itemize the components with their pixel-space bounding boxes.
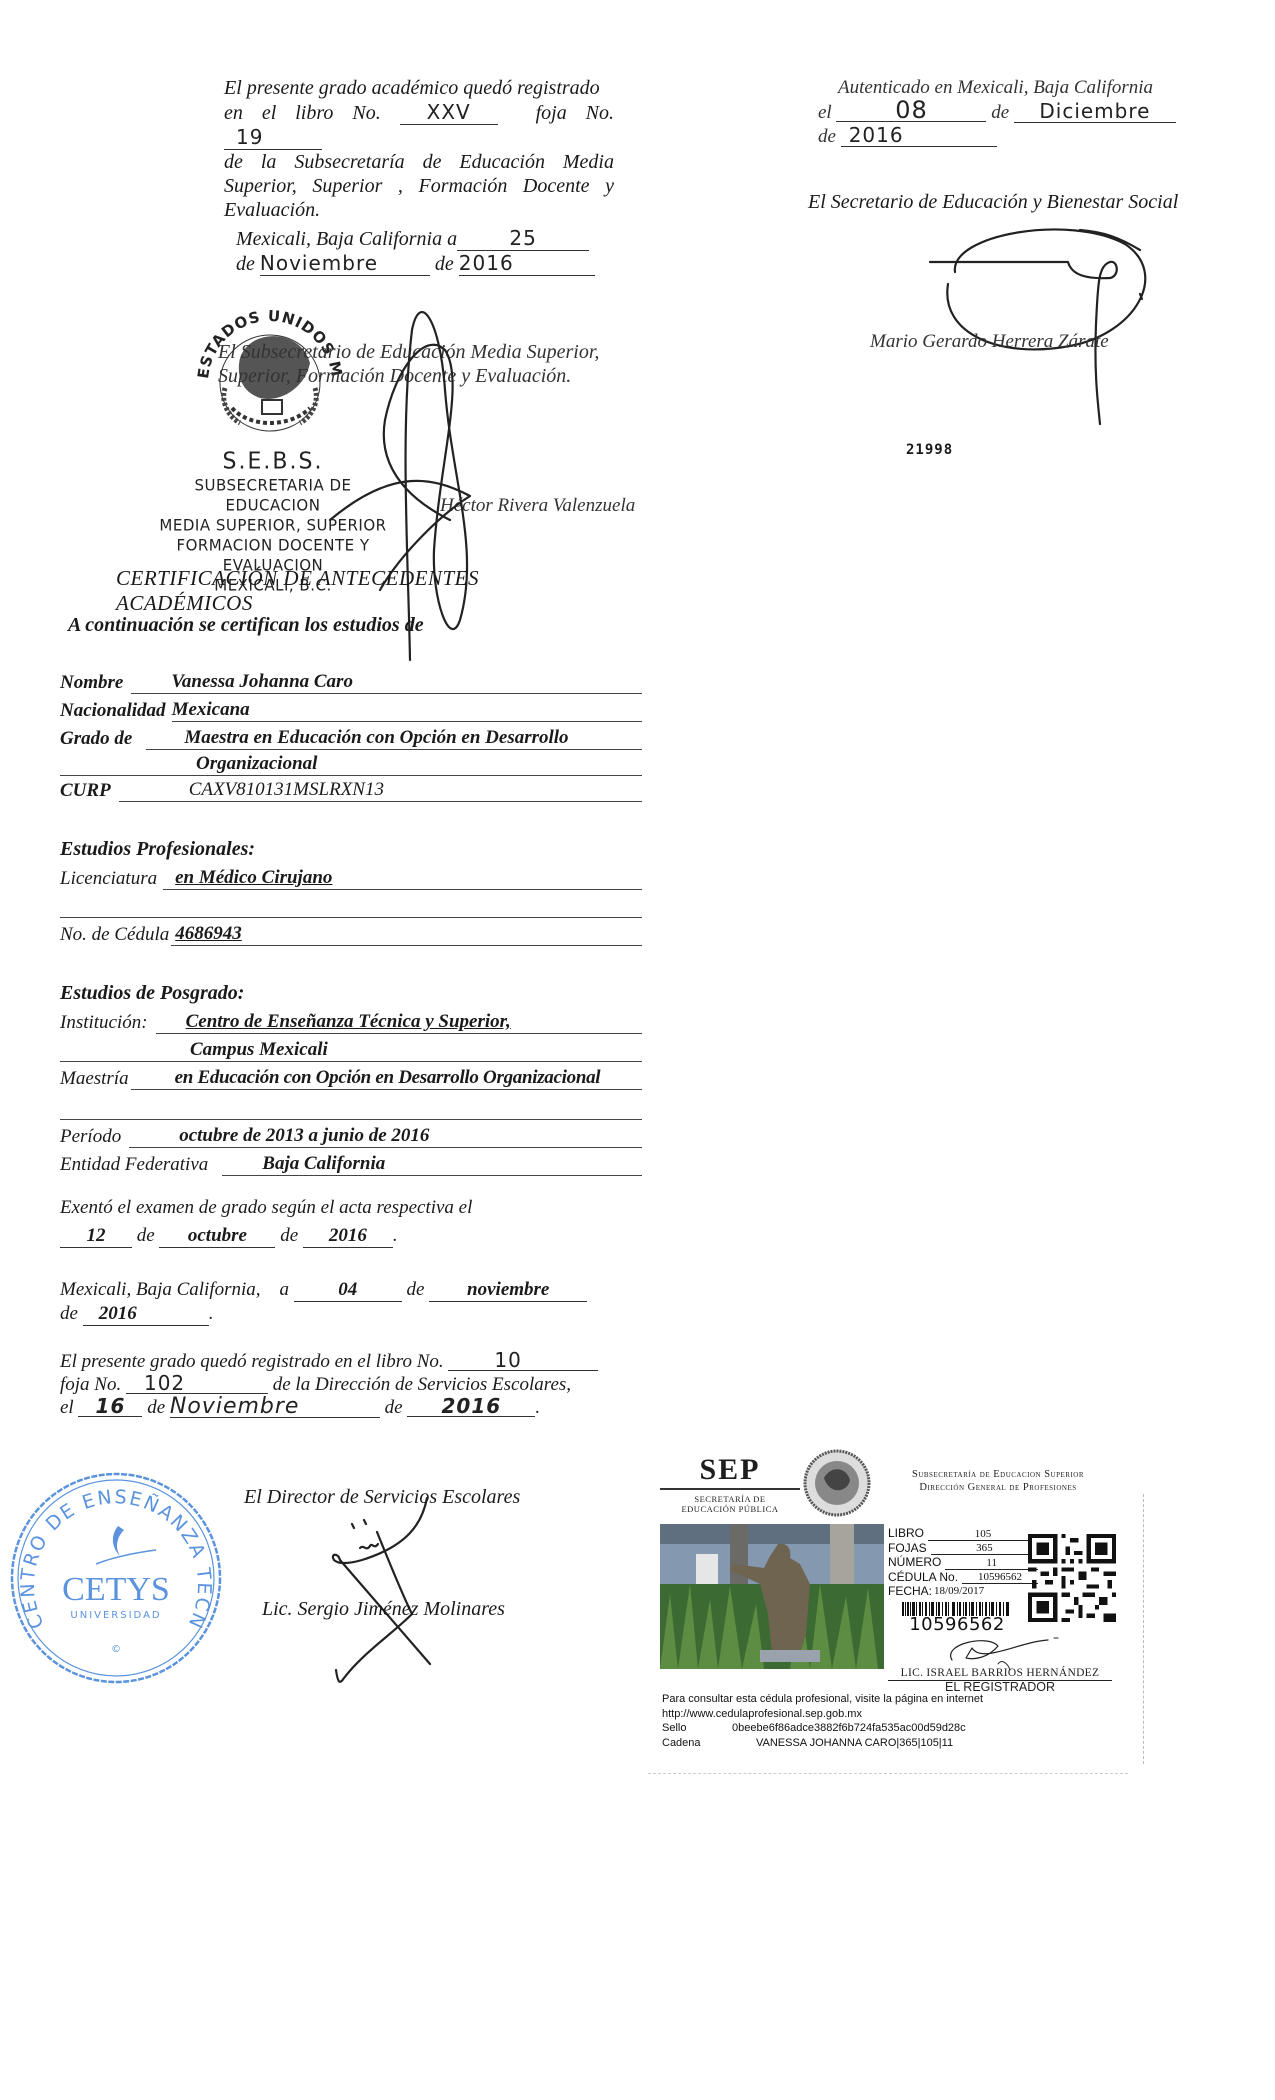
de-label: de bbox=[385, 1397, 403, 1418]
institucion-value-line1: Centro de Enseñanza Técnica y Superior, bbox=[156, 1010, 642, 1034]
blank-line-value bbox=[60, 1096, 642, 1120]
libro-value: 105 bbox=[928, 1528, 1038, 1541]
grado-value-line2: Organizacional bbox=[60, 752, 642, 776]
svg-text:CETYS: CETYS bbox=[62, 1571, 170, 1608]
cedula-no-value: 10596562 bbox=[962, 1571, 1038, 1584]
cedula-label: No. de Cédula bbox=[60, 924, 169, 946]
director-name: Lic. Sergio Jiménez Molinares bbox=[262, 1598, 505, 1621]
nombre-label: Nombre bbox=[60, 672, 123, 694]
foja-label: foja No. bbox=[536, 102, 614, 124]
sep-logo: SEP SECRETARÍA DE EDUCACIÓN PÚBLICA bbox=[660, 1454, 800, 1514]
periodo-value: octubre de 2013 a junio de 2016 bbox=[129, 1124, 642, 1148]
dse-text: de la Dirección de Servicios Escolares, bbox=[273, 1374, 571, 1395]
nombre-value: Vanessa Johanna Caro bbox=[131, 670, 642, 694]
month-value: Noviembre bbox=[260, 251, 430, 276]
issued-month: noviembre bbox=[429, 1278, 587, 1302]
field-periodo: Período octubre de 2013 a junio de 2016 bbox=[60, 1122, 642, 1148]
secretary-signature bbox=[920, 224, 1160, 434]
entidad-value: Baja California bbox=[222, 1152, 642, 1176]
svg-text:CENTRO DE ENSEÑANZA TECNICA Y: CENTRO DE ENSEÑANZA TECNICA Y SUPERIOR bbox=[6, 1468, 215, 1633]
nacionalidad-value: Mexicana bbox=[172, 698, 642, 722]
card-edge bbox=[648, 1773, 1128, 1774]
sems-registration-block: El presente grado académico quedó regist… bbox=[224, 76, 614, 222]
authentication-block: Autenticado en Mexicali, Baja California… bbox=[818, 76, 1238, 148]
cedula-text: 4686943 bbox=[175, 923, 242, 944]
issued-day: 04 bbox=[294, 1278, 402, 1302]
exam-month: octubre bbox=[159, 1224, 275, 1248]
cedula-url-link[interactable]: http://www.cedulaprofesional.sep.gob.mx bbox=[662, 1707, 1132, 1722]
numero-value: 11 bbox=[945, 1557, 1038, 1570]
institucion-text: Centro de Enseñanza Técnica y Superior, bbox=[186, 1011, 511, 1032]
mexico-seal-icon bbox=[800, 1448, 874, 1518]
sems-date: Mexicali, Baja California a25 de Noviemb… bbox=[236, 226, 616, 276]
card-footer: Para consultar esta cédula profesional, … bbox=[662, 1692, 1132, 1750]
de-label: de bbox=[137, 1225, 155, 1246]
postgraduate-heading: Estudios de Posgrado: bbox=[60, 982, 244, 1005]
field-nombre: Nombre Vanessa Johanna Caro bbox=[60, 668, 642, 694]
dgp-title-line2: Dirección General de Profesiones bbox=[878, 1481, 1118, 1494]
sello-label: Sello bbox=[662, 1721, 732, 1736]
stamp-line: S.E.B.S. bbox=[148, 449, 398, 476]
sep-logo-text: SEP bbox=[660, 1454, 800, 1486]
grado-label: Grado de bbox=[60, 728, 132, 750]
de-label: de bbox=[991, 102, 1009, 123]
auth-month: Diciembre bbox=[1014, 100, 1176, 123]
issued-place: Mexicali, Baja California, bbox=[60, 1279, 261, 1300]
a-label: a bbox=[280, 1279, 290, 1300]
maestria-value: en Educación con Opción en Desarrollo Or… bbox=[131, 1066, 642, 1090]
day-value: 25 bbox=[457, 226, 589, 251]
field-institucion-cont: Campus Mexicali bbox=[60, 1036, 642, 1062]
dse-libro: 10 bbox=[448, 1350, 598, 1371]
dse-day: 16 bbox=[78, 1396, 142, 1417]
fojas-label: FOJAS bbox=[888, 1541, 927, 1556]
secretary-name: Mario Gerardo Herrera Zárate bbox=[870, 330, 1109, 353]
de-label: de bbox=[147, 1397, 165, 1418]
field-cedula: No. de Cédula 4686943 bbox=[60, 920, 642, 946]
dse-registration-text: El presente grado quedó registrado en el… bbox=[60, 1351, 444, 1372]
cedula-info: LIBRO105 FOJAS365 NÚMERO11 CÉDULA No.105… bbox=[888, 1526, 1038, 1599]
exam-day: 12 bbox=[60, 1224, 132, 1248]
el-label: el bbox=[818, 102, 832, 123]
curp-value: CAXV810131MSLRXN13 bbox=[119, 778, 642, 802]
auth-day: 08 bbox=[836, 99, 986, 122]
institucion-label: Institución: bbox=[60, 1012, 148, 1034]
registrar-name: LIC. ISRAEL BARRIOS HERNÁNDEZ bbox=[888, 1666, 1112, 1681]
place-label: Mexicali, Baja California a bbox=[236, 228, 457, 250]
dse-registration: El presente grado quedó registrado en el… bbox=[60, 1350, 660, 1419]
de-label: de bbox=[435, 253, 454, 275]
svg-text:©: © bbox=[111, 1644, 121, 1655]
exam-text: Exentó el examen de grado según el acta … bbox=[60, 1196, 472, 1219]
libro-label: LIBRO bbox=[888, 1526, 924, 1541]
fecha-value: 18/09/2017 bbox=[934, 1584, 984, 1599]
field-maestria: Maestría en Educación con Opción en Desa… bbox=[60, 1064, 642, 1090]
year-value: 2016 bbox=[459, 251, 595, 276]
cedula-value: 4686943 bbox=[171, 922, 642, 946]
libro-value: XXV bbox=[400, 100, 498, 125]
licenciatura-text: en Médico Cirujano bbox=[175, 867, 332, 888]
cadena-label: Cadena bbox=[662, 1736, 732, 1751]
barcode-number: 10596562 bbox=[902, 1614, 1012, 1635]
fojas-value: 365 bbox=[931, 1542, 1038, 1555]
blank-line bbox=[60, 1094, 642, 1120]
issued-date: Mexicali, Baja California, a 04 de novie… bbox=[60, 1278, 660, 1326]
cedula-no-label: CÉDULA No. bbox=[888, 1570, 958, 1585]
field-grado: Grado de Maestra en Educación con Opción… bbox=[60, 724, 642, 750]
sep-cedula-card: SEP SECRETARÍA DE EDUCACIÓN PÚBLICA Subs… bbox=[648, 1444, 1148, 1774]
de-label: de bbox=[818, 126, 836, 147]
card-edge bbox=[1143, 1494, 1144, 1764]
auth-year: 2016 bbox=[841, 124, 997, 147]
cetys-university-stamp: CENTRO DE ENSEÑANZA TECNICA Y SUPERIOR C… bbox=[6, 1468, 226, 1688]
subsecretaria-text: de la Subsecretaría de Educación Media S… bbox=[224, 150, 614, 222]
folio-number: 21998 bbox=[906, 442, 953, 458]
field-grado-cont: Organizacional bbox=[60, 750, 642, 776]
svg-text:UNIVERSIDAD: UNIVERSIDAD bbox=[70, 1610, 161, 1621]
grado-value-line1: Maestra en Educación con Opción en Desar… bbox=[146, 726, 642, 750]
monument-photo bbox=[660, 1524, 884, 1669]
stamp-line: SUBSECRETARIA DE EDUCACION bbox=[148, 476, 398, 516]
stamp-line: MEDIA SUPERIOR, SUPERIOR bbox=[148, 516, 398, 536]
entidad-label: Entidad Federativa bbox=[60, 1154, 208, 1176]
sello-value: 0beebe6f86adce3882f6b724fa535ac00d59d28c bbox=[732, 1721, 966, 1736]
fecha-label: FECHA: bbox=[888, 1584, 932, 1599]
de-label: de bbox=[236, 253, 255, 275]
numero-label: NÚMERO bbox=[888, 1555, 941, 1570]
el-label: el bbox=[60, 1397, 74, 1418]
periodo-label: Período bbox=[60, 1126, 121, 1148]
dse-foja-label: foja No. bbox=[60, 1374, 121, 1395]
dse-foja: 102 bbox=[126, 1373, 268, 1394]
professional-heading: Estudios Profesionales: bbox=[60, 838, 255, 861]
de-label: de bbox=[60, 1303, 78, 1324]
blank-line-value bbox=[60, 894, 642, 918]
field-entidad: Entidad Federativa Baja California bbox=[60, 1150, 642, 1176]
institucion-value-line2: Campus Mexicali bbox=[60, 1038, 642, 1062]
issued-year: 2016 bbox=[83, 1302, 209, 1326]
maestria-label: Maestría bbox=[60, 1068, 129, 1090]
field-institucion: Institución: Centro de Enseñanza Técnica… bbox=[60, 1008, 642, 1034]
field-nacionalidad: Nacionalidad Mexicana bbox=[60, 696, 642, 722]
exam-date: 12 de octubre de 2016. bbox=[60, 1224, 398, 1248]
cadena-value: VANESSA JOHANNA CARO|365|105|11 bbox=[732, 1736, 953, 1751]
dgp-title-line1: Subsecretaría de Educacion Superior bbox=[878, 1468, 1118, 1481]
foja-value: 19 bbox=[224, 125, 322, 150]
exam-year: 2016 bbox=[303, 1224, 393, 1248]
licenciatura-value: en Médico Cirujano bbox=[163, 866, 642, 890]
certificate-intro: A continuación se certifican los estudio… bbox=[68, 614, 424, 637]
director-signature bbox=[312, 1494, 452, 1694]
secretary-title: El Secretario de Educación y Bienestar S… bbox=[808, 190, 1248, 214]
sep-logo-sub: SECRETARÍA DE bbox=[660, 1494, 800, 1504]
qr-code[interactable] bbox=[1028, 1534, 1116, 1622]
nacionalidad-label: Nacionalidad bbox=[60, 700, 166, 722]
dgp-title: Subsecretaría de Educacion Superior Dire… bbox=[878, 1468, 1118, 1494]
blank-line bbox=[60, 892, 642, 918]
de-label: de bbox=[280, 1225, 298, 1246]
field-curp: CURP CAXV810131MSLRXN13 bbox=[60, 776, 642, 802]
field-licenciatura: Licenciatura en Médico Cirujano bbox=[60, 864, 642, 890]
licenciatura-label: Licenciatura bbox=[60, 868, 157, 890]
dse-month: Noviembre bbox=[170, 1397, 380, 1418]
authentication-text: Autenticado en Mexicali, Baja California bbox=[818, 76, 1238, 99]
libro-label: en el libro No. bbox=[224, 102, 381, 124]
certificate-title: CERTIFICACIÓN DE ANTECEDENTES ACADÉMICOS bbox=[116, 566, 616, 616]
registration-text: El presente grado académico quedó regist… bbox=[224, 77, 600, 99]
de-label: de bbox=[407, 1279, 425, 1300]
dse-year: 2016 bbox=[407, 1396, 535, 1417]
curp-label: CURP bbox=[60, 780, 111, 802]
sep-logo-sub: EDUCACIÓN PÚBLICA bbox=[660, 1504, 800, 1514]
consult-text: Para consultar esta cédula profesional, … bbox=[662, 1692, 1132, 1707]
